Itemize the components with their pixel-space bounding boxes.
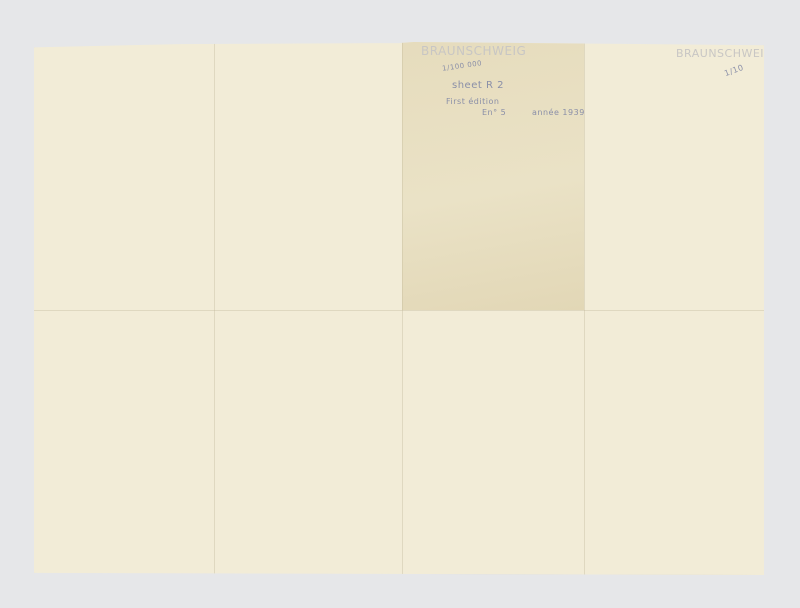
stamp-text-right: BRAUNSCHWEIG (676, 47, 773, 60)
fold-line (402, 42, 403, 575)
handwritten-scale-right: 1/10 (723, 63, 745, 78)
handwritten-sheet: sheet R 2 (452, 80, 504, 91)
stamp-text: BRAUNSCHWEIG (421, 44, 526, 58)
handwritten-number: En° 5 (482, 108, 506, 117)
fold-line (584, 42, 585, 575)
fold-line (214, 42, 215, 575)
folded-paper-sheet: BRAUNSCHWEIG 1/100 000 sheet R 2 First é… (34, 42, 764, 575)
handwritten-year: année 1939 (532, 108, 585, 117)
fold-line (34, 310, 764, 311)
handwritten-edition: First édition (446, 97, 499, 106)
